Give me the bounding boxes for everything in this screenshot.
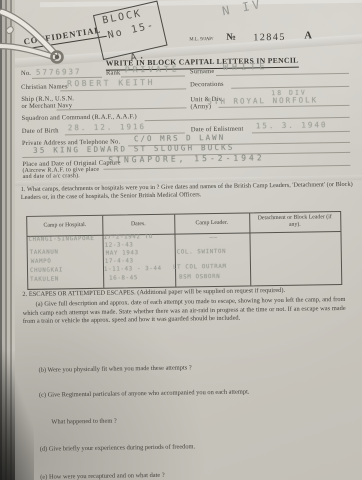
dates-entry: 1-11-43 - 3-44 (104, 266, 162, 273)
camp-entry: TAKULEN (30, 276, 59, 282)
field-line (252, 131, 350, 134)
field-enlistment-value: 15. 3. 1940 (256, 120, 328, 130)
field-rank-label: Rank (106, 69, 121, 76)
string-knot (7, 27, 14, 34)
leader-entry: LT COL OUTRAM (173, 264, 227, 271)
table-header-leader: Camp Leader. (174, 219, 249, 227)
section-2b-text: (b) Were you physically fit when you mad… (39, 362, 339, 375)
leader-entry: BSM OSBORN (179, 274, 220, 281)
scanned-pow-questionnaire: CONFIDENTIAL BLOCK No 15- A. N IV M.L. 9… (0, 0, 362, 480)
eyelet-hole (55, 55, 59, 59)
dates-entry: 16-8-45 (109, 275, 138, 281)
ref-number: 12845 (253, 32, 286, 44)
field-rank-value: PRIVATE (125, 65, 180, 75)
ref-prefix: M.L. 9/JAP/ (189, 37, 213, 42)
field-surname-value: WHITE (223, 62, 269, 73)
field-line (103, 165, 350, 170)
section-2d-text: (d) Give briefly your experiences during… (40, 441, 340, 454)
dates-entry: 12-3-43 (105, 242, 134, 248)
field-unit-value: 5TH ROYAL NORFOLK (207, 95, 318, 106)
camp-entry: WAMPO (31, 259, 52, 265)
dates-entry: 17-4-43 (105, 258, 134, 264)
handwritten-corner-note: N IV (221, 0, 264, 18)
camp-entry: CHUNGKAI (30, 267, 63, 274)
section-2c-text: (c) Give Regimental particulars of anyon… (39, 387, 339, 400)
block-number-stamp: BLOCK No 15- A. (93, 1, 168, 61)
field-dob-label: Date of Birth (22, 127, 59, 135)
field-capture-label-3: and date of a/c crash). (23, 173, 80, 180)
field-decorations-label: Decorations (190, 81, 224, 89)
field-capture-value: SINGAPORE, 15-2-1942 (108, 153, 264, 164)
field-squadron-label: Squadron and Command (R.A.F., A.A.F.) (22, 113, 137, 122)
camp-entry: CHANGI-SINGAPORE (28, 236, 94, 243)
camp-entry: TAKANUN (30, 249, 59, 255)
treasury-tag-string (0, 0, 90, 110)
bottom-left-shadow (0, 330, 34, 480)
field-address-value-2: 35 KING EDWARD ST SLOUGH BUCKS (33, 143, 235, 155)
leader-entry: COL. SWINTON (177, 249, 227, 256)
field-surname-label: Surname (190, 68, 215, 75)
ref-series-letter: A (304, 30, 312, 41)
dates-entry: 17-2-1942 TO (103, 234, 153, 241)
question-1-text: 1. What camps, detachments or hospitals … (21, 181, 353, 202)
field-dob-value: 28. 12. 1916 (68, 122, 146, 132)
ref-no-sign: № (226, 33, 236, 43)
section-2a-text: (a) Give full description and approx. da… (23, 296, 346, 327)
section-2c2-text: What happened to them ? (51, 414, 331, 427)
leader-entry: —— (209, 235, 217, 241)
dates-entry: MAY 1943 (106, 250, 139, 257)
field-line (216, 73, 349, 76)
section-2e-text: (e) How were you recaptured and on what … (40, 469, 340, 480)
table-header-detachment: Detachment or Block Leader (if any). (251, 214, 338, 229)
table-header-camp: Camp or Hospital. (27, 222, 102, 230)
field-address-value-1: C/O MRS D LAWN (134, 133, 225, 143)
table-header-dates: Dates. (102, 221, 174, 229)
